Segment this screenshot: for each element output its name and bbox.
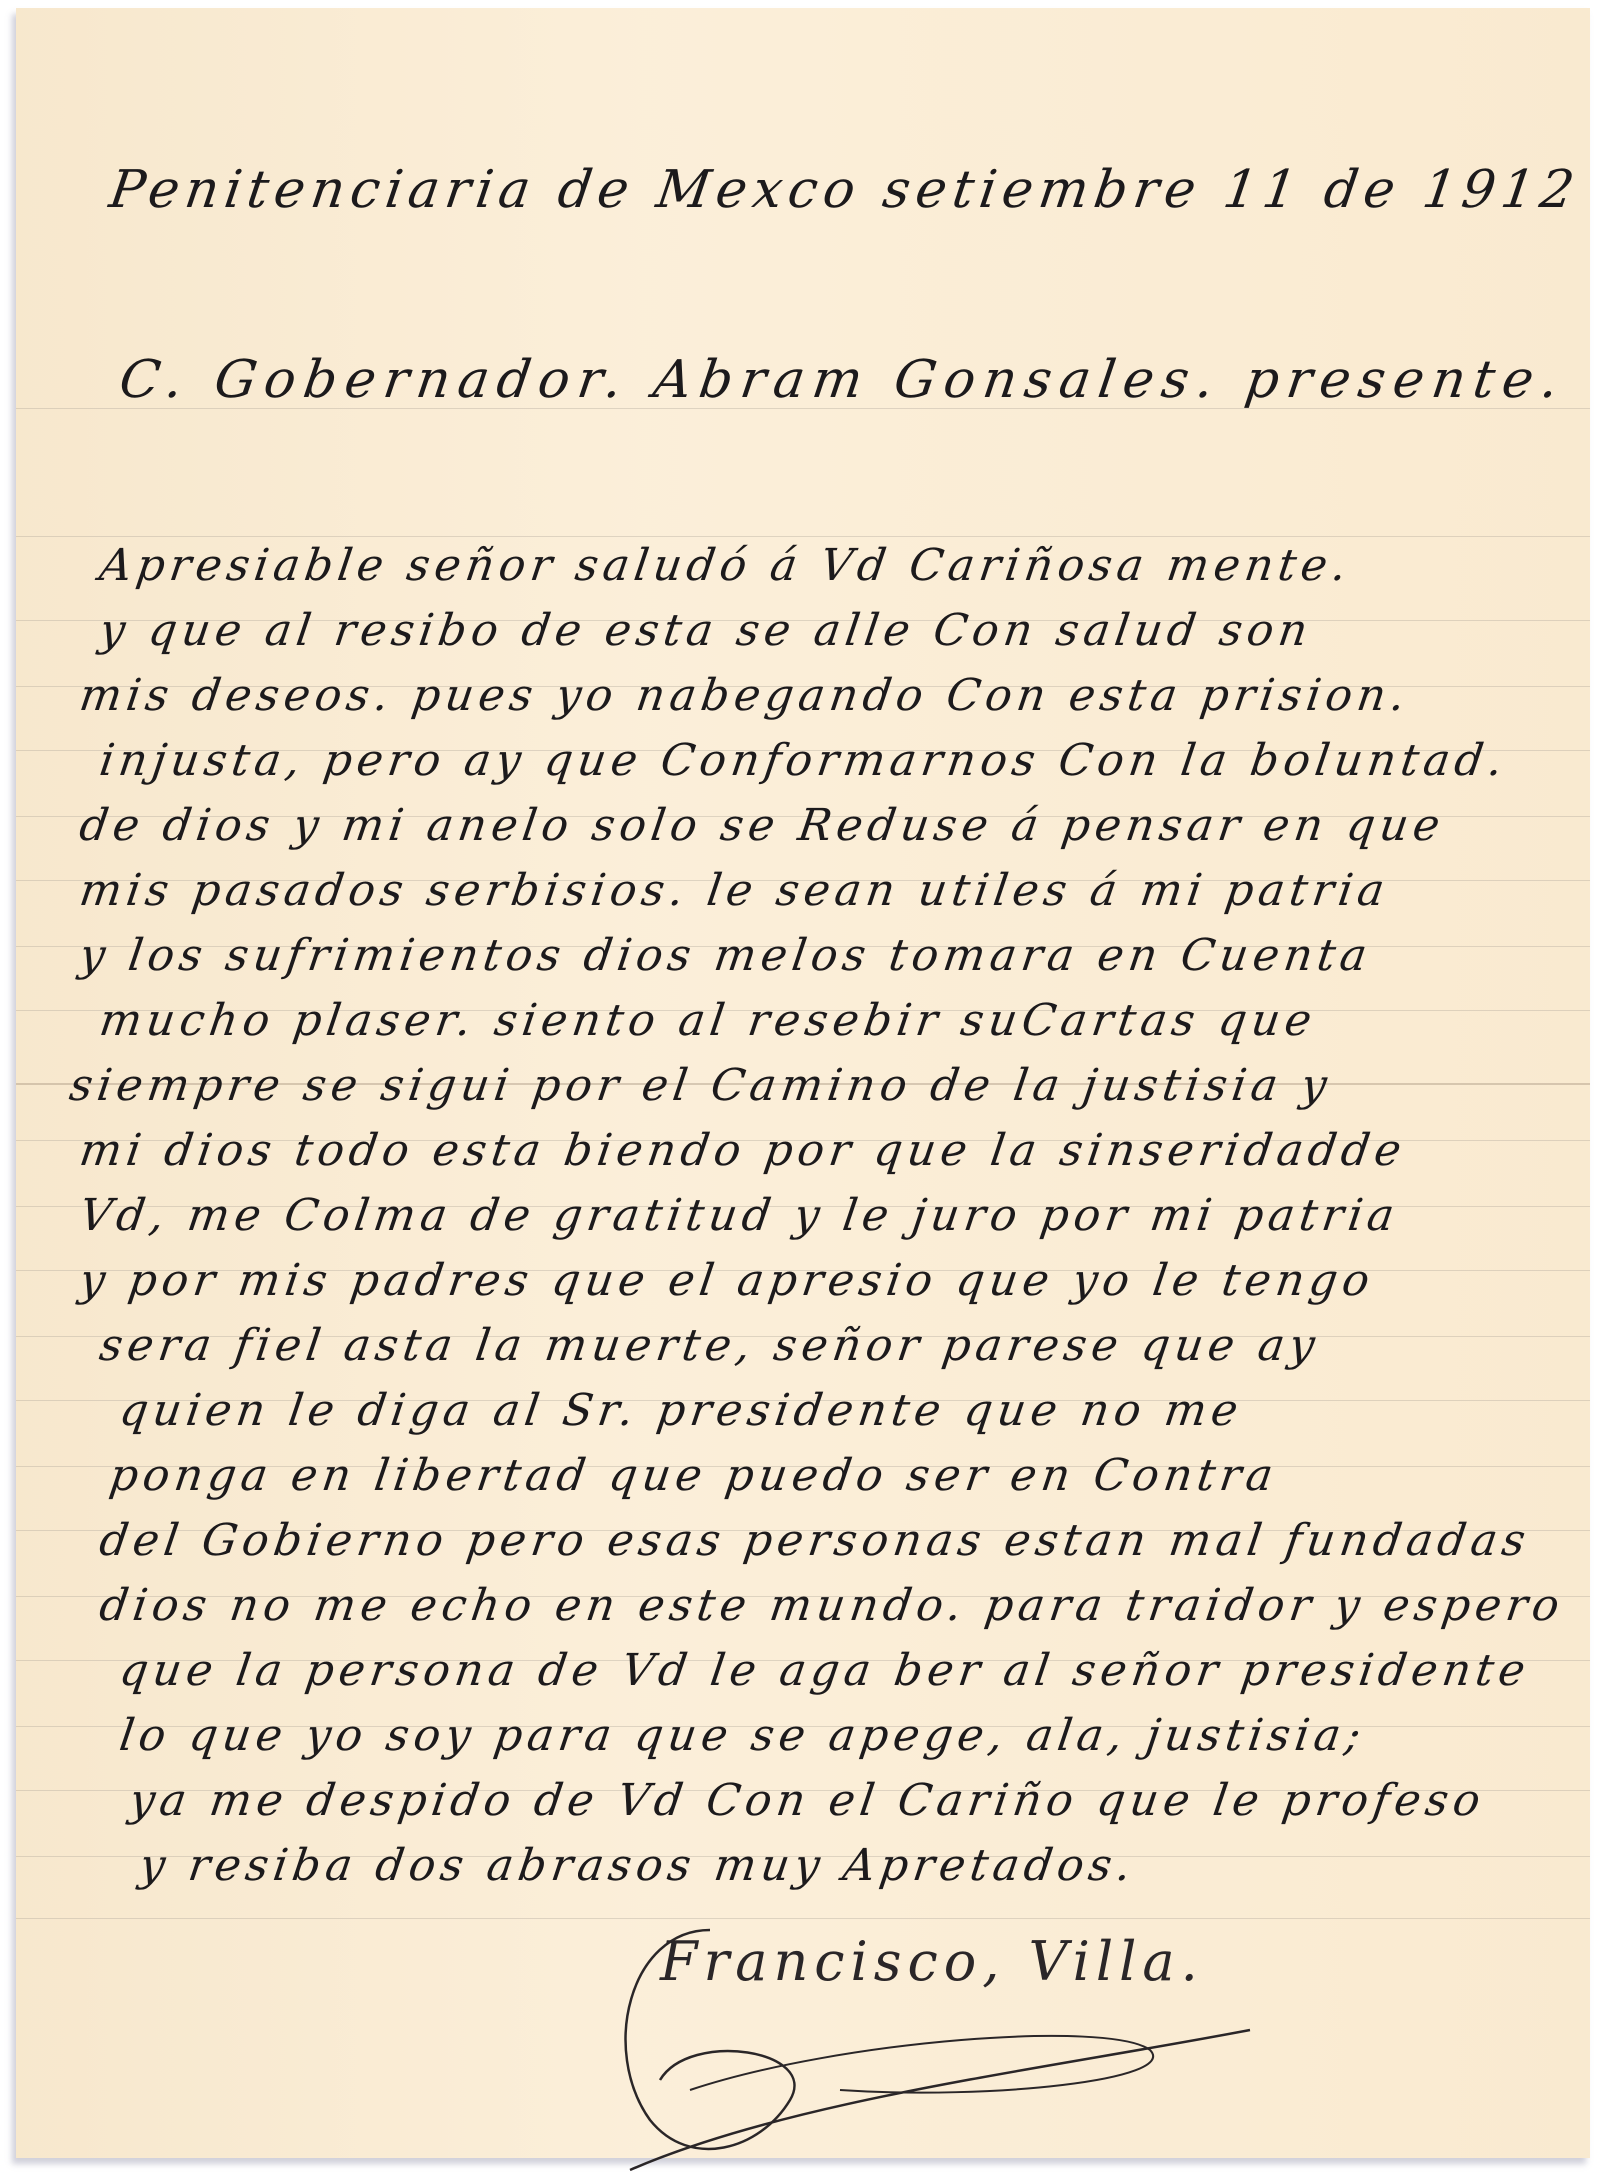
body-line: injusta, pero ay que Conformarnos Con la… xyxy=(96,735,1553,786)
body-line: sera fiel asta la muerte, señor parese q… xyxy=(96,1320,1553,1371)
body-line: de dios y mi anelo solo se Reduse á pens… xyxy=(76,800,1553,851)
body-line: quien le diga al Sr. presidente que no m… xyxy=(116,1385,1553,1436)
body-line: y resiba dos abrasos muy Apretados. xyxy=(136,1840,1553,1891)
body-line: Apresiable señor saludó á Vd Cariñosa me… xyxy=(96,540,1553,591)
body-line: ya me despido de Vd Con el Cariño que le… xyxy=(126,1775,1553,1826)
letter-header: Penitenciaria de Mexco setiembre 11 de 1… xyxy=(106,160,1554,220)
body-line: mucho plaser. siento al resebir suCartas… xyxy=(96,995,1553,1046)
signature: Francisco, Villa. xyxy=(660,1930,1204,1993)
body-line: lo que yo soy para que se apege, ala, ju… xyxy=(116,1710,1553,1761)
body-line: Vd, me Colma de gratitud y le juro por m… xyxy=(76,1190,1553,1241)
body-line: del Gobierno pero esas personas estan ma… xyxy=(96,1515,1553,1566)
letter-address: C. Gobernador. Abram Gonsales. presente. xyxy=(116,350,1554,410)
body-line: mis pasados serbisios. le sean utiles á … xyxy=(76,865,1553,916)
body-line: que la persona de Vd le aga ber al señor… xyxy=(116,1645,1553,1696)
ruled-line xyxy=(16,536,1590,537)
body-line: y que al resibo de esta se alle Con salu… xyxy=(96,605,1553,656)
body-line: mi dios todo esta biendo por que la sins… xyxy=(76,1125,1553,1176)
body-line: y por mis padres que el apresio que yo l… xyxy=(76,1255,1553,1306)
body-line: siempre se sigui por el Camino de la jus… xyxy=(66,1060,1553,1111)
body-line: dios no me echo en este mundo. para trai… xyxy=(96,1580,1553,1631)
body-line: ponga en libertad que puedo ser en Contr… xyxy=(106,1450,1553,1501)
body-line: y los sufrimientos dios melos tomara en … xyxy=(76,930,1553,981)
body-line: mis deseos. pues yo nabegando Con esta p… xyxy=(76,670,1553,721)
